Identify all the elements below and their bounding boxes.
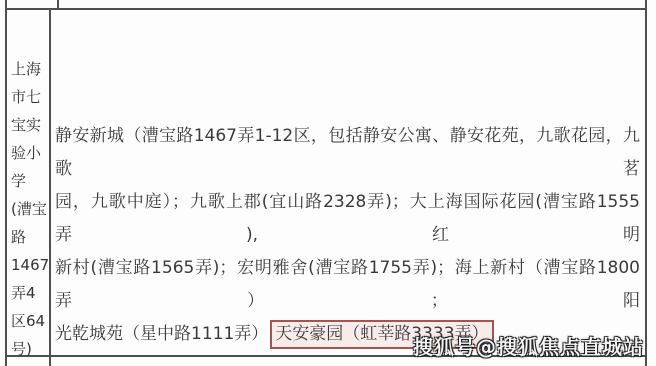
- table-border-right: [645, 0, 647, 366]
- school-name-line: 验小: [11, 139, 49, 167]
- school-name-line: 学: [11, 167, 49, 195]
- table-column-divider: [49, 8, 51, 366]
- text-segment: 静安新城（漕宝路1467弄1-12区，包括静安公寓、静安花苑，九歌花园，九歌茗: [55, 126, 640, 179]
- table-border-left: [5, 0, 7, 366]
- text-segment: 光乾城苑（星中路1111弄）: [55, 324, 268, 344]
- school-name-line: 上海: [11, 55, 49, 83]
- school-name-cell: 上海市七宝实验小学(漕宝路1467弄4区64号): [11, 55, 49, 363]
- document-page: 上海市七宝实验小学(漕宝路1467弄4区64号) 静安新城（漕宝路1467弄1-…: [0, 0, 656, 366]
- school-name-line: (漕宝: [11, 195, 49, 223]
- school-name-line: 号): [11, 335, 49, 363]
- school-name-text: 上海市七宝实验小学(漕宝路1467弄4区64号): [11, 55, 49, 363]
- watermark-text: 搜狐号@搜狐焦点直城站: [413, 331, 644, 360]
- table-row-border-top: [5, 8, 647, 10]
- school-name-line: 1467: [11, 251, 49, 279]
- text-line: 新村(漕宝路1565弄)；宏明雅舍(漕宝路1755弄)；海上新村（漕宝路1800…: [55, 252, 640, 318]
- district-text: 静安新城（漕宝路1467弄1-12区，包括静安公寓、静安花苑，九歌花园，九歌茗园…: [55, 120, 640, 351]
- school-name-line: 弄4: [11, 279, 49, 307]
- text-line: 园，九歌中庭）；九歌上郡(宜山路2328弄)；大上海国际花园(漕宝路1555弄)…: [55, 186, 640, 252]
- school-name-line: 市七: [11, 83, 49, 111]
- text-segment: 新村(漕宝路1565弄)；宏明雅舍(漕宝路1755弄)；海上新村（漕宝路1800…: [55, 258, 640, 311]
- school-name-line: 路: [11, 223, 49, 251]
- text-line: 静安新城（漕宝路1467弄1-12区，包括静安公寓、静安花苑，九歌花园，九歌茗: [55, 120, 640, 186]
- school-name-line: 宝实: [11, 111, 49, 139]
- district-communities-cell: 静安新城（漕宝路1467弄1-12区，包括静安公寓、静安花苑，九歌花园，九歌茗园…: [55, 120, 640, 351]
- text-segment: 园，九歌中庭）；九歌上郡(宜山路2328弄)；大上海国际花园(漕宝路1555弄)…: [55, 192, 640, 245]
- school-name-line: 区64: [11, 307, 49, 335]
